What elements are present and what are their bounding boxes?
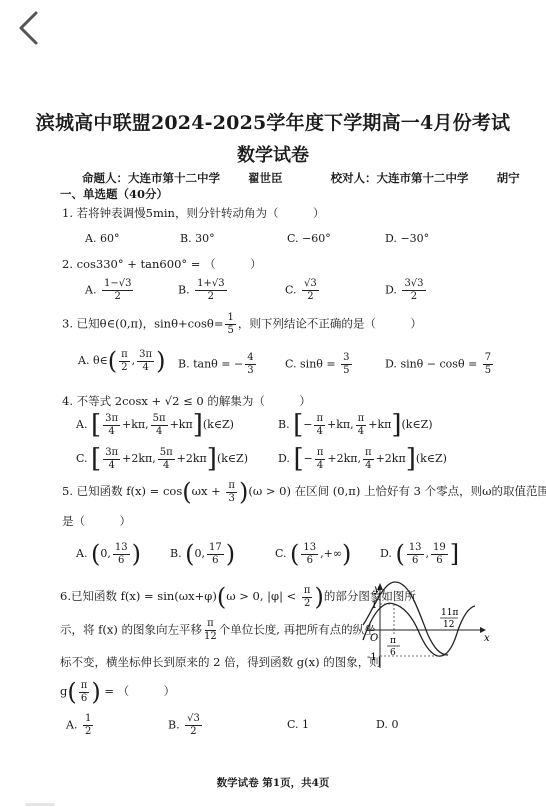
author-label: 命题人：大连市第十二中学 [82, 171, 220, 185]
q2-option-c: C. √32 [285, 278, 321, 303]
q3-option-a: A. θ∈(π2,3π4) [78, 347, 165, 375]
q1-option-c: C. −60° [287, 232, 331, 245]
question-5-stem: 5. 已知函数 f(x) = cos(ωx + π3)(ω > 0) 在区间 (… [62, 478, 546, 506]
question-6-line-4: g(π6) = （ ） [60, 678, 175, 706]
q6-option-c: C. 1 [287, 718, 309, 731]
q3-option-b: B. tanθ = −43 [178, 352, 258, 377]
svg-text:11π: 11π [441, 608, 458, 618]
section-title: 一、单选题（40分） [60, 186, 168, 202]
proofreader-name: 胡宁 [497, 171, 520, 185]
question-6-line-3: 标不变，横坐标伸长到原来的 2 倍，得到函数 g(x) 的图象，则 [60, 654, 381, 670]
q4-option-d: D. [−π4+2kπ,π4+2kπ](k∈Z) [278, 444, 447, 474]
svg-text:x: x [484, 633, 490, 644]
q1-option-b: B. 30° [180, 232, 215, 245]
question-6-line-2: 示，将 f(x) 的图象向左平移π12个单位长度, 再把所有点的纵坐 [60, 618, 376, 643]
question-4-stem: 4. 不等式 2cosx + √2 ≤ 0 的解集为（ ） [62, 393, 311, 409]
q6-option-b: B. √32 [168, 713, 204, 738]
svg-text:π: π [390, 636, 396, 646]
svg-text:-1: -1 [367, 652, 377, 663]
q4-option-a: A. [3π4+kπ,5π4+kπ](k∈Z) [76, 410, 234, 440]
svg-text:1: 1 [371, 600, 377, 611]
author-name: 翟世臣 [248, 171, 283, 185]
q2-option-d: D. 3√32 [385, 278, 428, 303]
svg-text:12: 12 [443, 620, 454, 630]
question-5-stem-cont: 是（ ） [62, 513, 131, 529]
q6-option-d: D. 0 [376, 718, 398, 731]
q5-option-c: C. (136,+∞) [275, 540, 351, 568]
q3-option-c: C. sinθ = 35 [285, 352, 354, 377]
authors-line: 命题人：大连市第十二中学 翟世臣 校对人：大连市第十二中学 胡宁 [82, 170, 520, 186]
exam-page: 滨城高中联盟2024-2025学年度下学期高一4月份考试 数学试卷 命题人：大连… [0, 0, 546, 807]
exam-title: 滨城高中联盟2024-2025学年度下学期高一4月份考试 [0, 108, 546, 135]
svg-text:y: y [373, 584, 380, 595]
q6-option-a: A. 12 [66, 713, 95, 738]
sine-graph-figure: y x O 1 -1 π 6 11π 12 [358, 578, 493, 673]
exam-subtitle: 数学试卷 [0, 141, 546, 167]
q2-option-a: A. 1−√32 [85, 278, 135, 303]
question-2-stem: 2. cos330° + tan600° = （ ） [62, 256, 262, 272]
q4-option-b: B. [−π4+kπ,π4+kπ](k∈Z) [278, 410, 433, 440]
page-footer: 数学试卷 第1页，共4页 [0, 775, 546, 790]
chevron-left-icon[interactable] [14, 10, 44, 46]
svg-text:6: 6 [390, 648, 396, 658]
proofreader-label: 校对人：大连市第十二中学 [331, 171, 469, 185]
q3-option-d: D. sinθ − cosθ = 75 [385, 352, 495, 377]
q1-option-a: A. 60° [85, 232, 119, 245]
q5-option-a: A. (0,136) [76, 540, 141, 568]
q5-option-d: D. (136,196] [380, 540, 459, 568]
question-1-stem: 1. 若将钟表调慢5min，则分针转动角为（ ） [62, 205, 324, 221]
q5-option-b: B. (0,176) [170, 540, 235, 568]
q1-option-d: D. −30° [385, 232, 429, 245]
q4-option-c: C. [3π4+2kπ,5π4+2kπ](k∈Z) [76, 444, 248, 474]
q2-option-b: B. 1+√32 [178, 278, 229, 303]
svg-text:O: O [370, 633, 378, 644]
home-indicator [25, 803, 55, 806]
question-3-stem: 3. 已知θ∈(0,π)，sinθ+cosθ=15，则下列结论不正确的是（ ） [62, 312, 422, 337]
